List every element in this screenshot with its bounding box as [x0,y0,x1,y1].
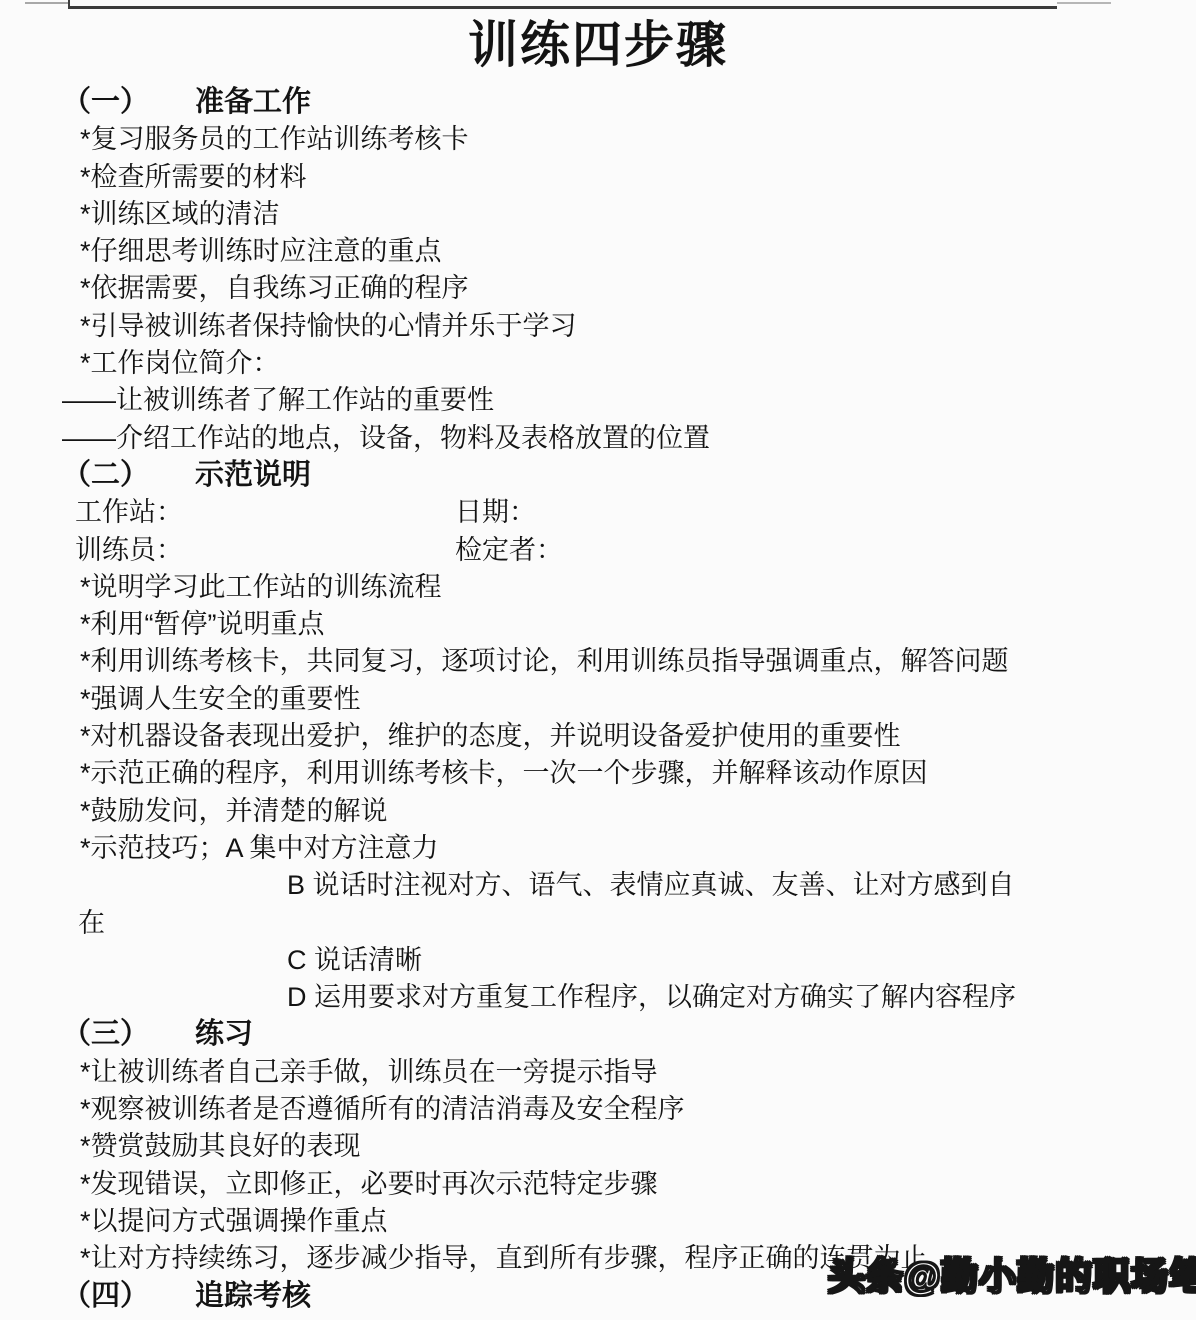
field-row-2: 训练员： 检定者： [0,532,1196,569]
document-body: （一）准备工作 *复习服务员的工作站训练考核卡 *检查所需要的材料 *训练区域的… [0,84,1196,1315]
field-row-1: 工作站： 日期： [0,494,1196,531]
doc-line: *训练区域的清洁 [0,196,1196,233]
doc-line: *利用训练考核卡，共同复习，逐项讨论，利用训练员指导强调重点，解答问题 [0,643,1196,680]
doc-line: *依据需要，自我练习正确的程序 [0,270,1196,307]
section-heading-3: （三）练习 [0,1016,1196,1053]
doc-line: D 运用要求对方重复工作程序，以确定对方确实了解内容程序 [0,979,1196,1016]
doc-line: *示范正确的程序，利用训练考核卡，一次一个步骤，并解释该动作原因 [0,755,1196,792]
section-title: 追踪考核 [195,1280,311,1312]
doc-line: C 说话清晰 [0,942,1196,979]
section-heading-2: （二）示范说明 [0,457,1196,494]
doc-line: *检查所需要的材料 [0,159,1196,196]
doc-line: *强调人生安全的重要性 [0,681,1196,718]
doc-line: *仔细思考训练时应注意的重点 [0,233,1196,270]
doc-line: *示范技巧；A 集中对方注意力 [0,830,1196,867]
doc-line: *引导被训练者保持愉快的心情并乐于学习 [0,308,1196,345]
section-title: 练习 [195,1018,253,1050]
field-label-date: 日期： [455,494,536,531]
doc-line: *以提问方式强调操作重点 [0,1203,1196,1240]
doc-line: *观察被训练者是否遵循所有的清洁消毒及安全程序 [0,1091,1196,1128]
section-title: 示范说明 [195,459,311,491]
doc-line: 在 [0,905,1196,942]
doc-line: *对机器设备表现出爱护，维护的态度，并说明设备爱护使用的重要性 [0,718,1196,755]
page-title: 训练四步骤 [0,0,1196,84]
doc-line: *发现错误，立即修正，必要时再次示范特定步骤 [0,1166,1196,1203]
doc-line: B 说话时注视对方、语气、表情应真诚、友善、让对方感到自 [0,867,1196,904]
watermark: 头条@勤小勤的职场笔记 [828,1246,1196,1300]
section-number: （二） [62,459,149,491]
section-number: （四） [62,1280,149,1312]
field-label-trainer: 训练员： [75,532,455,569]
document-page: 训练四步骤 （一）准备工作 *复习服务员的工作站训练考核卡 *检查所需要的材料 … [0,0,1196,1320]
doc-line: *赞赏鼓励其良好的表现 [0,1128,1196,1165]
doc-line: *鼓励发问，并清楚的解说 [0,793,1196,830]
section-number: （三） [62,1018,149,1050]
doc-line: ——让被训练者了解工作站的重要性 [0,382,1196,419]
doc-line: *让被训练者自己亲手做，训练员在一旁提示指导 [0,1054,1196,1091]
section-heading-1: （一）准备工作 [0,84,1196,121]
doc-line: *复习服务员的工作站训练考核卡 [0,121,1196,158]
top-edge-line-right [1057,2,1111,4]
section-title: 准备工作 [195,86,311,118]
top-edge-line-left [25,2,69,4]
doc-line: *说明学习此工作站的训练流程 [0,569,1196,606]
section-number: （一） [62,86,149,118]
field-label-examiner: 检定者： [455,532,563,569]
field-label-workstation: 工作站： [75,494,455,531]
doc-line: *利用“暂停”说明重点 [0,606,1196,643]
doc-line: *工作岗位简介： [0,345,1196,382]
doc-line: ——介绍工作站的地点，设备，物料及表格放置的位置 [0,420,1196,457]
top-edge-line-main [69,6,1057,9]
